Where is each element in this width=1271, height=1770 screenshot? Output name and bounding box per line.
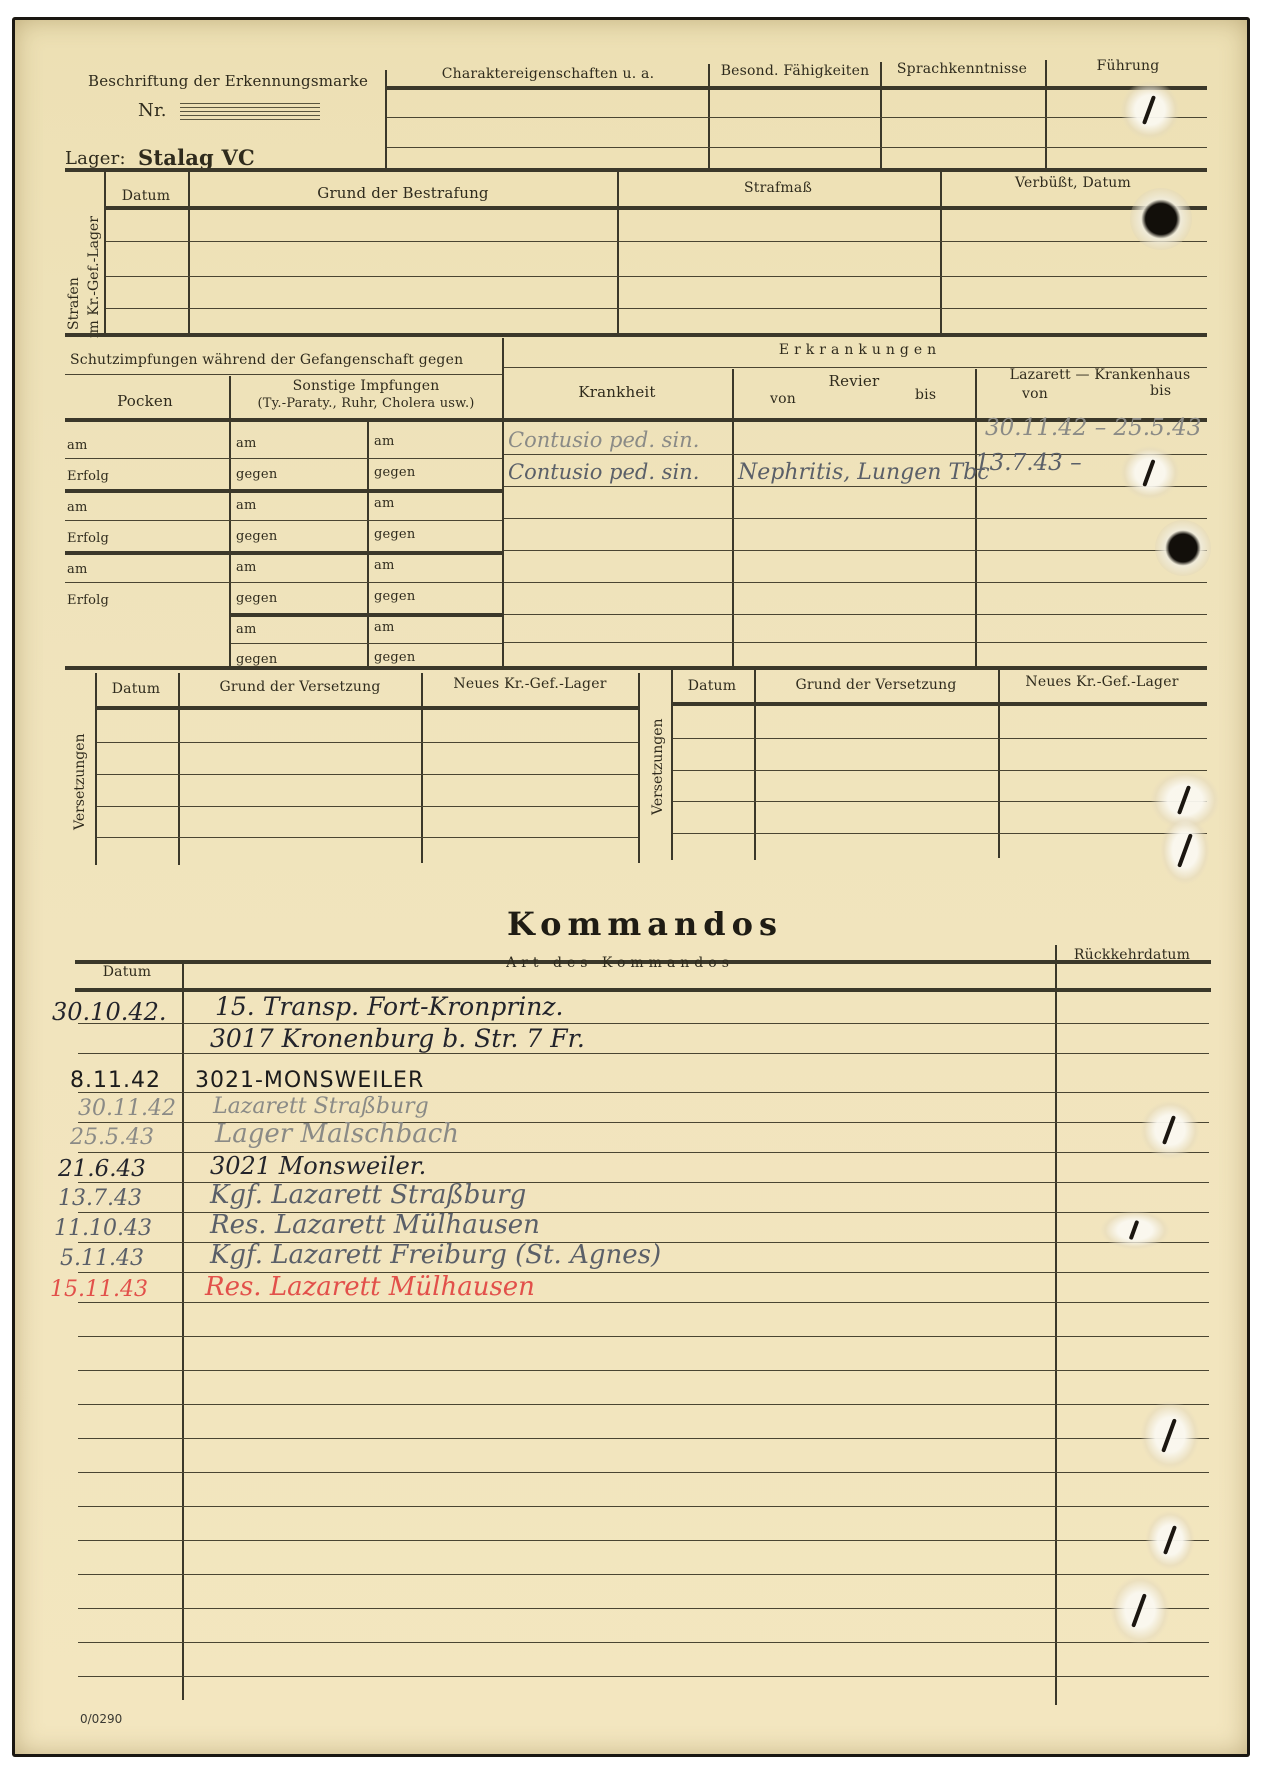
sonstige-row: gegen: [236, 529, 277, 544]
rule: [504, 582, 1207, 583]
rule: [78, 1302, 1209, 1303]
strafen-col-grund: Grund der Bestrafung: [317, 184, 488, 202]
strafen-side-label-1: Strafen: [66, 277, 82, 330]
divider: [754, 670, 756, 860]
sonstige-row: gegen: [236, 467, 277, 482]
rule: [78, 1472, 1209, 1473]
nr-field-lines: [180, 103, 320, 121]
rule: [231, 613, 502, 617]
kommando-art-stamp: 3021-MONSWEILER: [195, 1068, 424, 1093]
tear-mark: [1100, 1210, 1170, 1250]
pocken-row: am: [67, 500, 87, 515]
lazarett-von: von: [1022, 386, 1048, 402]
divider: [1055, 945, 1057, 1705]
rule: [65, 333, 1207, 337]
kommando-datum: 30.10.42.: [52, 998, 167, 1026]
revier-bis: bis: [915, 387, 936, 403]
schutzimpfungen-title: Schutzimpfungen während der Gefangenscha…: [70, 352, 463, 368]
kommando-art: Lager Malschbach: [215, 1119, 459, 1149]
sprachkenntnisse-label: Sprachkenntnisse: [897, 61, 1027, 77]
sonstige-row: am: [374, 496, 394, 511]
divider: [880, 62, 882, 170]
rule: [673, 702, 1207, 706]
rule: [97, 774, 638, 775]
erkrankungen-title: Erkrankungen: [779, 342, 941, 358]
krankheit-entry: Contusio ped. sin.: [508, 460, 699, 484]
sonstige-row: am: [236, 436, 256, 451]
rule: [78, 1053, 1209, 1054]
rule: [65, 374, 502, 375]
kommando-art: Lazarett Straßburg: [213, 1094, 429, 1119]
divider: [421, 673, 423, 863]
rule: [65, 168, 1207, 172]
rule: [504, 614, 1207, 615]
pocken-row: am: [67, 562, 87, 577]
pocken-row: Erfolg: [67, 593, 109, 608]
pow-record-card: [12, 17, 1250, 1757]
kommando-datum: 13.7.43: [58, 1186, 142, 1211]
divider: [182, 962, 184, 1700]
rule: [106, 241, 1207, 242]
fuehrung-label: Führung: [1097, 58, 1160, 74]
sonstige-label-1: Sonstige Impfungen: [293, 378, 440, 394]
strafen-col-verbuesst: Verbüßt, Datum: [1015, 175, 1131, 191]
sonstige-row: am: [236, 560, 256, 575]
lazarett-label: Lazarett — Krankenhaus: [1010, 367, 1191, 383]
divider: [940, 172, 942, 335]
rule: [106, 308, 1207, 309]
rule: [78, 1370, 1209, 1371]
rule: [106, 276, 1207, 277]
punch-hole: [1130, 188, 1192, 250]
rule: [78, 1336, 1209, 1337]
tear-mark: [1140, 1400, 1200, 1470]
strafen-side-label-2: im Kr.-Gef.-Lager: [86, 216, 102, 338]
lazarett-entry: 30.11.42 – 25.5.43: [985, 415, 1201, 441]
kommandos-col-datum: Datum: [103, 964, 152, 980]
rule: [673, 833, 1207, 834]
divider: [617, 172, 619, 335]
kommandos-title: Kommandos: [507, 905, 783, 943]
versetzung-right-col-datum: Datum: [688, 678, 737, 694]
rule: [78, 1438, 1209, 1439]
pocken-row: Erfolg: [67, 469, 109, 484]
lazarett-bis: bis: [1150, 383, 1171, 399]
kommando-datum: 21.6.43: [58, 1156, 146, 1182]
divider: [1045, 60, 1047, 170]
sonstige-row: gegen: [374, 527, 415, 542]
lager-label: Lager:: [65, 148, 126, 169]
divider: [998, 668, 1000, 858]
rule: [65, 458, 502, 459]
tear-mark: [1160, 815, 1210, 885]
krankheit-entry: Contusio ped. sin.: [508, 428, 699, 452]
erkennungsmarke-label: Beschriftung der Erkennungsmarke: [88, 72, 368, 90]
rule: [504, 454, 1207, 455]
sonstige-row: gegen: [374, 650, 415, 665]
versetzung-left-col-lager: Neues Kr.-Gef.-Lager: [453, 676, 606, 692]
sonstige-row: gegen: [236, 591, 277, 606]
kommando-art: Res. Lazarett Mülhausen: [210, 1210, 540, 1240]
sonstige-row: gegen: [374, 589, 415, 604]
tear-mark: [1140, 1100, 1200, 1160]
rule: [504, 518, 1207, 519]
divider: [385, 70, 387, 170]
tear-mark: [1110, 1575, 1170, 1645]
kommandos-col-art: Art des Kommandos: [506, 955, 734, 971]
sonstige-row: am: [374, 620, 394, 635]
rule: [78, 1676, 1209, 1677]
versetzungen-side-label-right: Versetzungen: [650, 718, 666, 815]
kommando-datum: 15.11.43: [50, 1277, 148, 1302]
rule: [78, 1540, 1209, 1541]
charakter-label: Charaktereigenschaften u. a.: [442, 66, 655, 82]
rule: [387, 147, 1207, 148]
rule: [504, 486, 1207, 487]
versetzung-right-col-grund: Grund der Versetzung: [796, 677, 957, 693]
versetzungen-side-label-left: Versetzungen: [72, 733, 88, 830]
lager-value: Stalag VC: [138, 145, 255, 170]
strafen-col-datum: Datum: [122, 188, 171, 204]
rule: [504, 642, 1207, 643]
kommando-datum: 30.11.42: [78, 1096, 176, 1121]
rule: [97, 706, 638, 710]
sonstige-row: gegen: [236, 652, 277, 667]
divider: [638, 673, 640, 863]
sonstige-row: am: [236, 622, 256, 637]
divider: [104, 172, 106, 335]
rule: [65, 520, 502, 521]
kommando-art: 3021 Monsweiler.: [210, 1152, 426, 1180]
krankheit-label: Krankheit: [578, 383, 655, 401]
form-number: 0/0290: [80, 1712, 122, 1726]
rule: [673, 738, 1207, 739]
kommando-art: Res. Lazarett Mülhausen: [205, 1272, 535, 1302]
rule: [387, 86, 1207, 90]
rule: [78, 1574, 1209, 1575]
rule: [65, 666, 1207, 670]
versetzung-right-col-lager: Neues Kr.-Gef.-Lager: [1025, 674, 1178, 690]
rule: [673, 770, 1207, 771]
rule: [65, 551, 502, 555]
tear-mark: [1145, 1510, 1195, 1570]
revier-entry: Nephritis, Lungen Tbc: [738, 460, 990, 485]
lazarett-entry: 13.7.43 –: [975, 450, 1082, 476]
rule: [78, 1404, 1209, 1405]
rule: [673, 801, 1207, 802]
divider: [502, 338, 504, 666]
sonstige-row: gegen: [374, 465, 415, 480]
faehigkeiten-label: Besond. Fähigkeiten: [721, 63, 870, 79]
kommando-datum-stamp: 8.11.42: [70, 1068, 161, 1093]
tear-mark: [1120, 80, 1180, 140]
rule: [106, 206, 1207, 210]
pocken-row: Erfolg: [67, 531, 109, 546]
sonstige-row: am: [374, 558, 394, 573]
rule: [231, 643, 502, 644]
revier-label: Revier: [829, 372, 880, 390]
divider: [188, 172, 190, 335]
kommando-art: 3017 Kronenburg b. Str. 7 Fr.: [210, 1024, 585, 1053]
kommando-datum: 25.5.43: [70, 1125, 154, 1150]
tear-mark: [1120, 445, 1180, 500]
sonstige-row: am: [236, 498, 256, 513]
revier-von: von: [770, 391, 796, 407]
rule: [78, 1506, 1209, 1507]
rule: [65, 489, 502, 493]
kommando-datum: 11.10.43: [54, 1216, 152, 1241]
kommando-art: 15. Transp. Fort-Kronprinz.: [215, 992, 564, 1021]
versetzung-left-col-grund: Grund der Versetzung: [220, 679, 381, 695]
rule: [97, 806, 638, 807]
punch-hole: [1155, 520, 1211, 576]
rule: [65, 582, 502, 583]
sonstige-row: am: [374, 434, 394, 449]
rule: [97, 837, 638, 838]
rule: [504, 550, 1207, 551]
strafen-col-strafmass: Strafmaß: [744, 180, 812, 196]
pocken-row: am: [67, 438, 87, 453]
rule: [97, 742, 638, 743]
kommandos-col-rueckkehr: Rückkehrdatum: [1074, 947, 1190, 963]
rule: [78, 1642, 1209, 1643]
sonstige-label-2: (Ty.-Paraty., Ruhr, Cholera usw.): [257, 396, 474, 411]
kommando-art: Kgf. Lazarett Straßburg: [210, 1180, 526, 1210]
divider: [671, 670, 673, 860]
nr-label: Nr.: [138, 100, 167, 121]
kommando-datum: 5.11.43: [60, 1246, 144, 1271]
kommando-art: Kgf. Lazarett Freiburg (St. Agnes): [210, 1240, 661, 1270]
versetzung-left-col-datum: Datum: [112, 681, 161, 697]
pocken-label: Pocken: [117, 392, 173, 410]
rule: [387, 117, 1207, 118]
rule: [78, 1608, 1209, 1609]
